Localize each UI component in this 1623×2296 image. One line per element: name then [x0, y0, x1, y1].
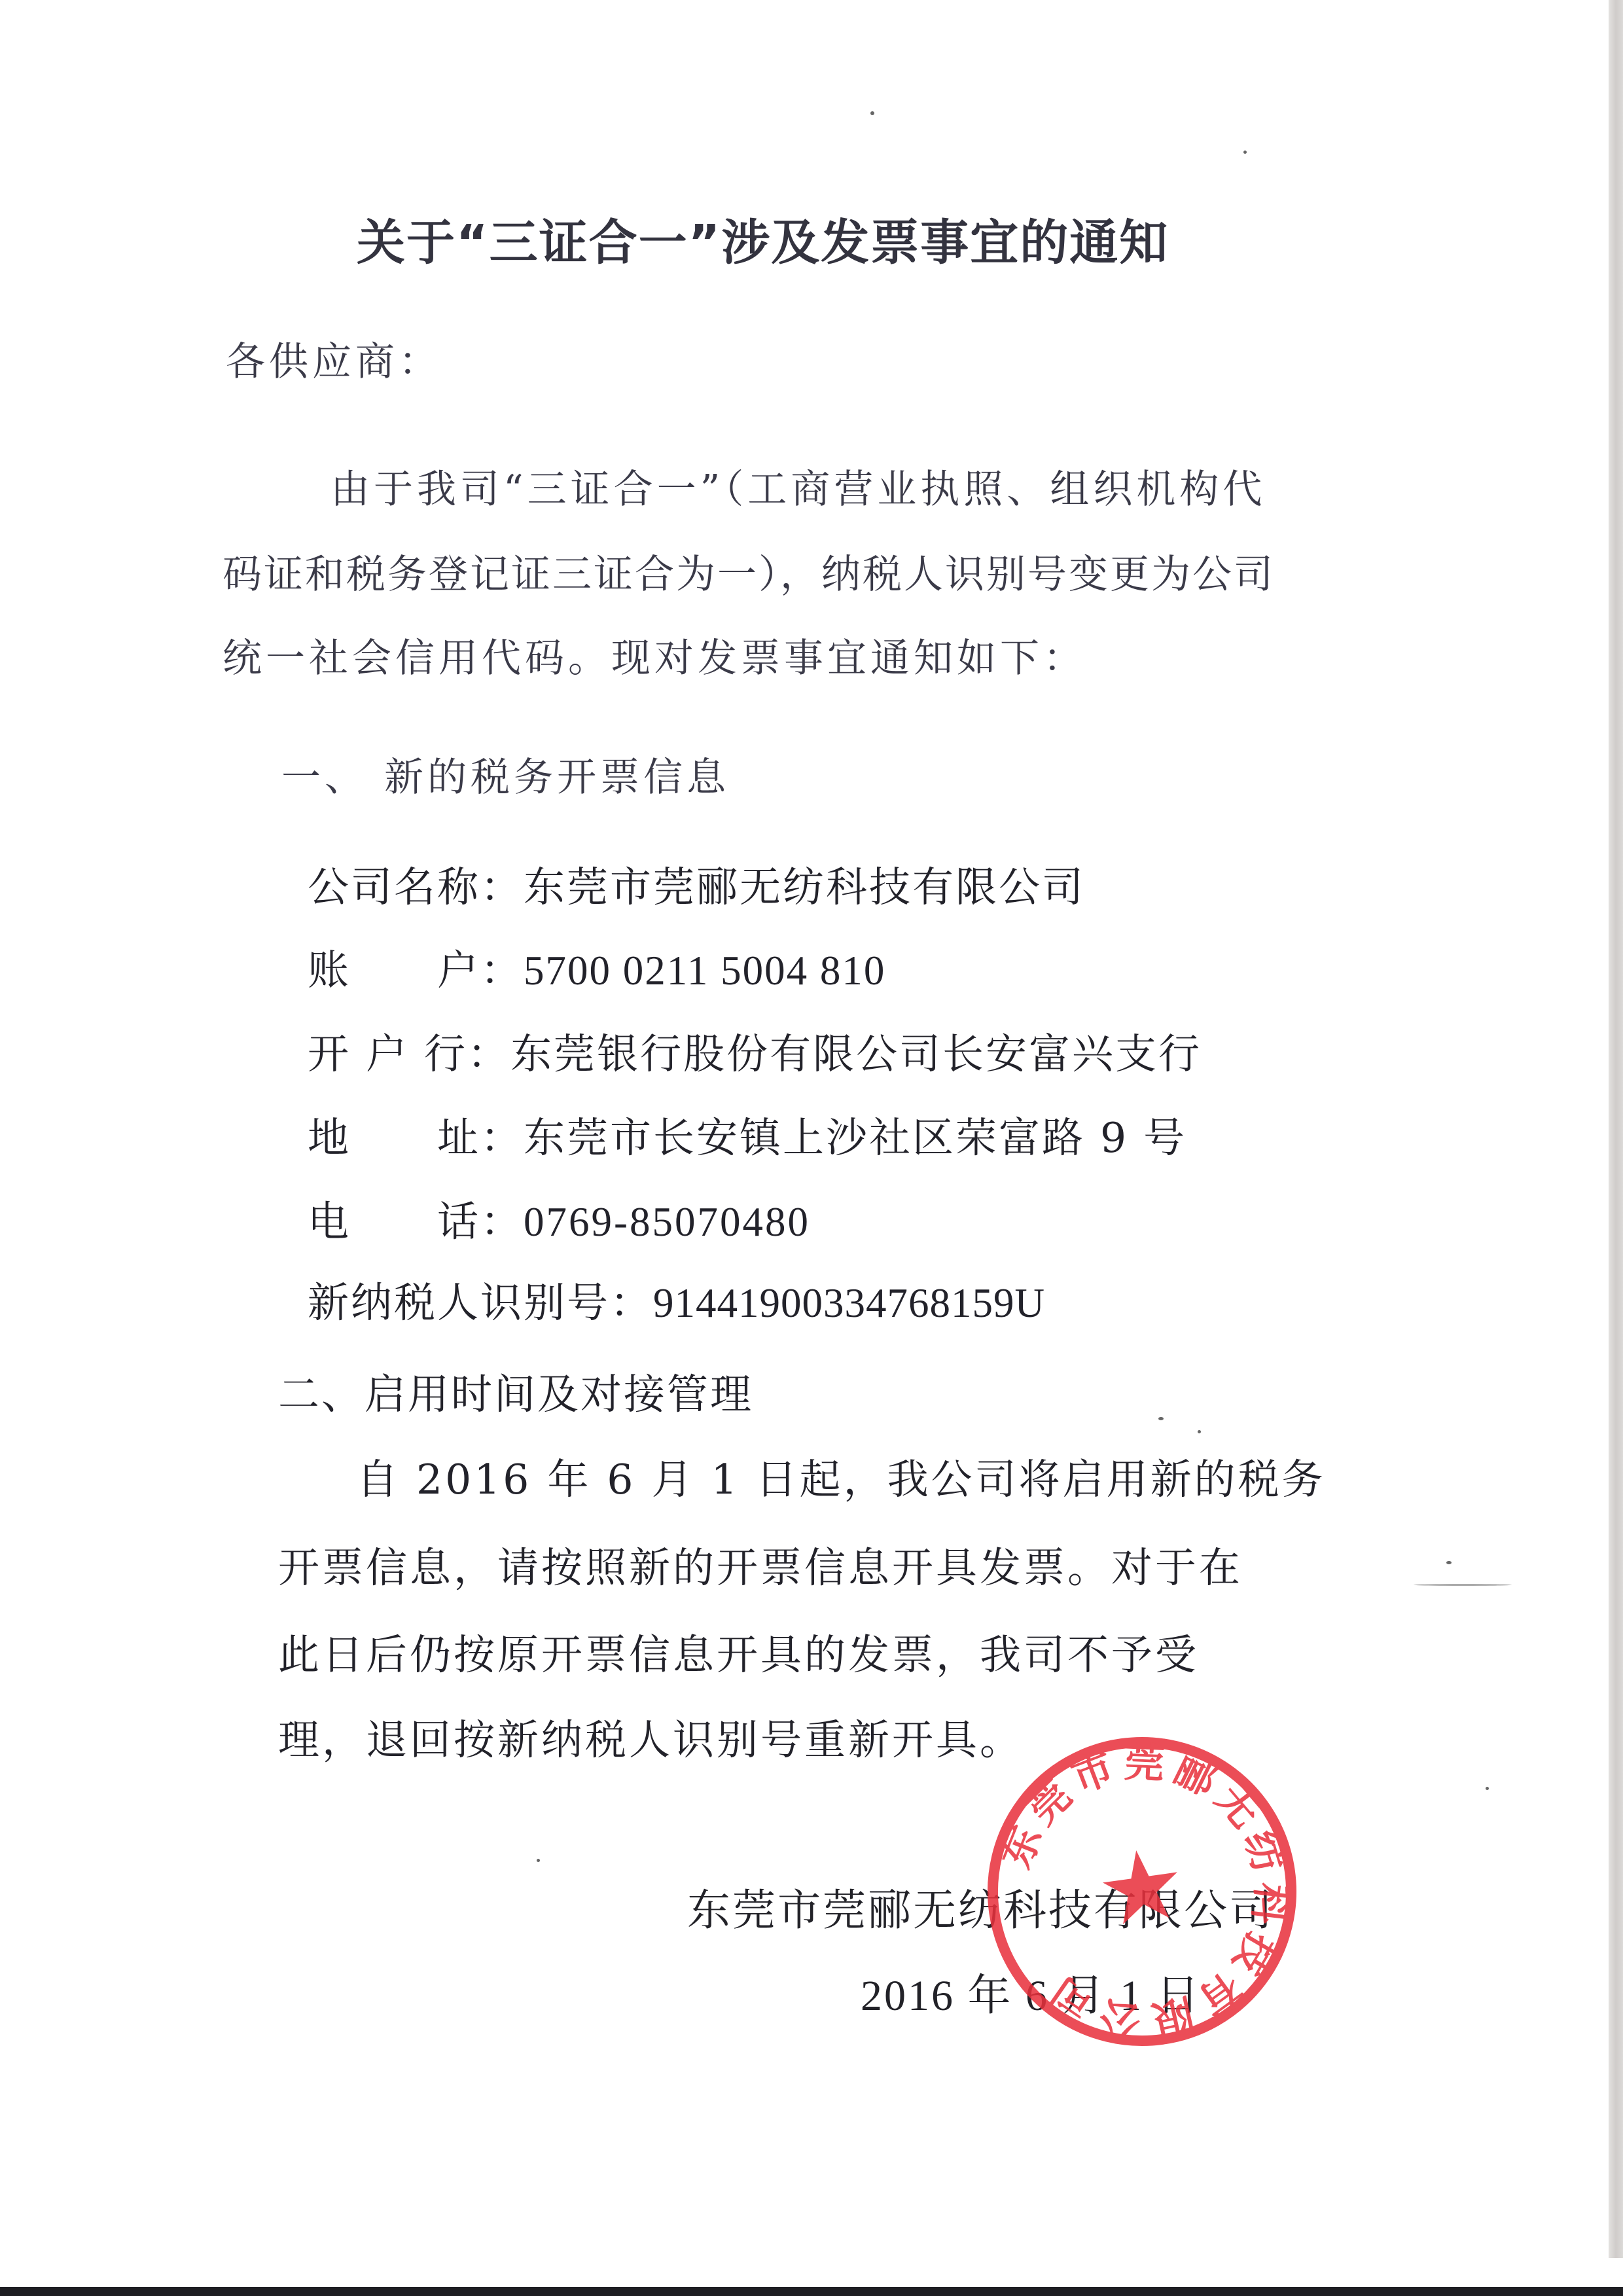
intro-line-3: 统一社会信用代码。现对发票事宜通知如下：	[223, 627, 1086, 683]
intro-line-2: 码证和税务登记证三证合为一），纳税人识别号变更为公司	[223, 543, 1275, 600]
field-value: 东莞银行股份有限公司长安富兴支行	[510, 1030, 1202, 1078]
intro-line-1: 由于我司“三证合一”（工商营业执照、组织机构代	[330, 458, 1266, 514]
field-label: 电 话：	[308, 1189, 524, 1248]
field-value: 91441900334768159U	[653, 1280, 1045, 1326]
signature-company: 东莞市莞郦无纺科技有限公司	[687, 1875, 1274, 1937]
section-2-heading: 二、启用时间及对接管理	[278, 1361, 753, 1421]
section-1-heading: 一、 新的税务开票信息	[281, 746, 730, 802]
section-2-line-3: 此日后仍按原开票信息开具的发票，我司不予受	[278, 1622, 1199, 1681]
field-value: 东莞市莞郦无纺科技有限公司	[524, 863, 1085, 911]
field-value: 东莞市长安镇上沙社区荣富路 9 号	[524, 1114, 1186, 1162]
page-title: 关于“三证合一”涉及发票事宜的通知	[357, 204, 1169, 274]
field-label: 新纳税人识别号：	[308, 1270, 653, 1329]
salutation: 各供应商：	[226, 331, 442, 387]
section-2-line-4: 理，退回按新纳税人识别号重新开具。	[278, 1707, 1024, 1767]
section-2-line-2: 开票信息，请按照新的开票信息开具发票。对于在	[278, 1535, 1243, 1594]
section-2-line-1: 自 2016 年 6 月 1 日起，我公司将启用新的税务	[357, 1446, 1326, 1506]
field-company-name: 公司名称：东莞市莞郦无纺科技有限公司	[308, 854, 1085, 914]
field-label: 账 户：	[308, 937, 524, 997]
field-account: 账 户：5700 0211 5004 810	[308, 937, 885, 997]
field-label: 地 址：	[308, 1105, 524, 1164]
field-phone: 电 话：0769-85070480	[308, 1189, 810, 1248]
scan-edge-right	[1609, 0, 1623, 2258]
field-bank: 开 户 行：东莞银行股份有限公司长安富兴支行	[308, 1021, 1202, 1081]
signature-date: 2016 年 6 月 1 日	[861, 1960, 1202, 2022]
field-label: 公司名称：	[308, 854, 524, 914]
field-tax-id: 新纳税人识别号：91441900334768159U	[308, 1270, 1045, 1329]
field-label: 开 户 行：	[308, 1021, 510, 1081]
field-value: 5700 0211 5004 810	[524, 948, 885, 994]
field-address: 地 址：东莞市长安镇上沙社区荣富路 9 号	[308, 1105, 1186, 1164]
scan-edge-bottom	[0, 2287, 1623, 2296]
field-value: 0769-85070480	[524, 1199, 810, 1245]
